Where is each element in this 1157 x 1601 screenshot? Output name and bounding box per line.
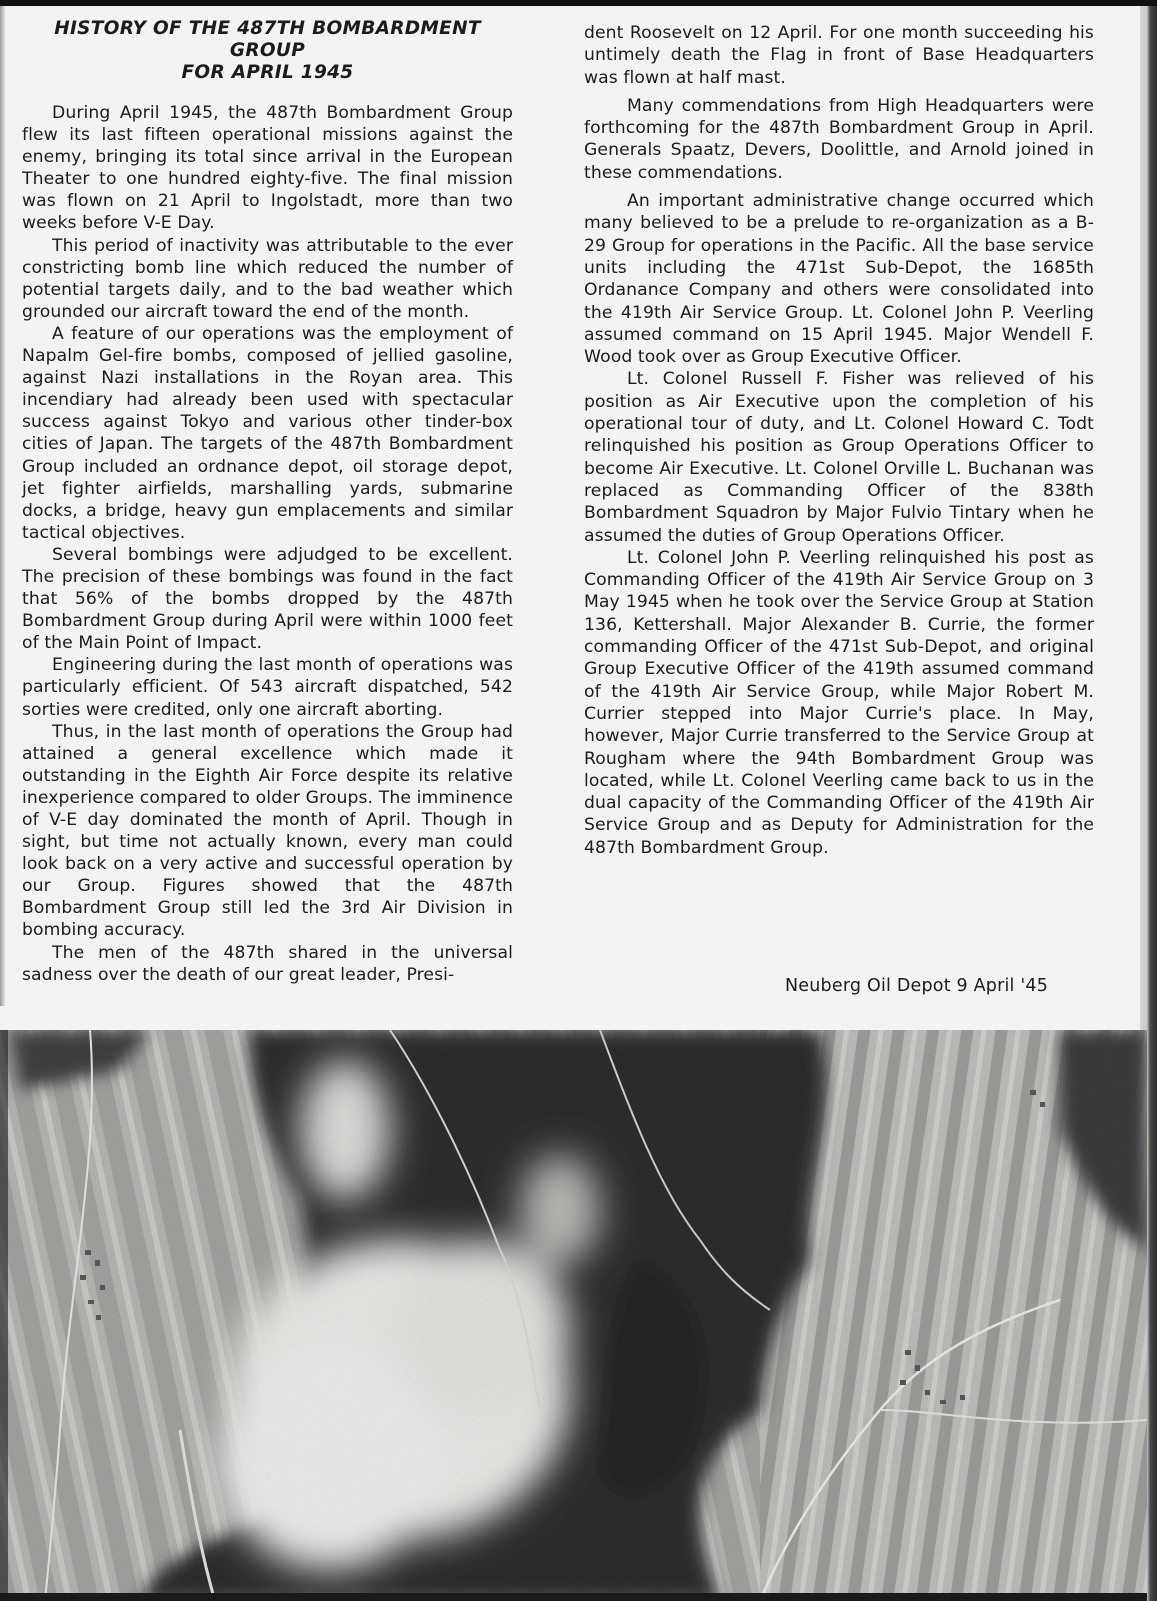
title-line-1: HISTORY OF THE 487TH BOMBARDMENT GROUP [22, 18, 513, 62]
title-line-2: FOR APRIL 1945 [22, 62, 513, 84]
paragraph: An important administrative change occur… [584, 190, 1094, 368]
aerial-photo-image [0, 1030, 1147, 1601]
aerial-photo [0, 1030, 1147, 1601]
paragraph: A feature of our operations was the empl… [22, 323, 513, 544]
page-gutter-shadow [0, 6, 6, 1006]
photo-caption: Neuberg Oil Depot 9 April '45 [785, 976, 1048, 996]
paragraph: Engineering during the last month of ope… [22, 654, 513, 720]
page-title: HISTORY OF THE 487TH BOMBARDMENT GROUP F… [22, 18, 513, 84]
paragraph: dent Roosevelt on 12 April. For one mont… [584, 22, 1094, 89]
left-column: HISTORY OF THE 487TH BOMBARDMENT GROUP F… [22, 18, 513, 986]
paragraph: Thus, in the last month of operations th… [22, 721, 513, 942]
paragraph: Many commendations from High Headquarter… [584, 95, 1094, 184]
paragraph: This period of inactivity was attributab… [22, 235, 513, 323]
right-column: dent Roosevelt on 12 April. For one mont… [584, 22, 1094, 859]
paragraph: During April 1945, the 487th Bombardment… [22, 102, 513, 235]
paragraph: Lt. Colonel Russell F. Fisher was reliev… [584, 368, 1094, 546]
paragraph: Lt. Colonel John P. Veerling relinquishe… [584, 547, 1094, 859]
paragraph: The men of the 487th shared in the unive… [22, 942, 513, 986]
paragraph: Several bombings were adjudged to be exc… [22, 544, 513, 654]
